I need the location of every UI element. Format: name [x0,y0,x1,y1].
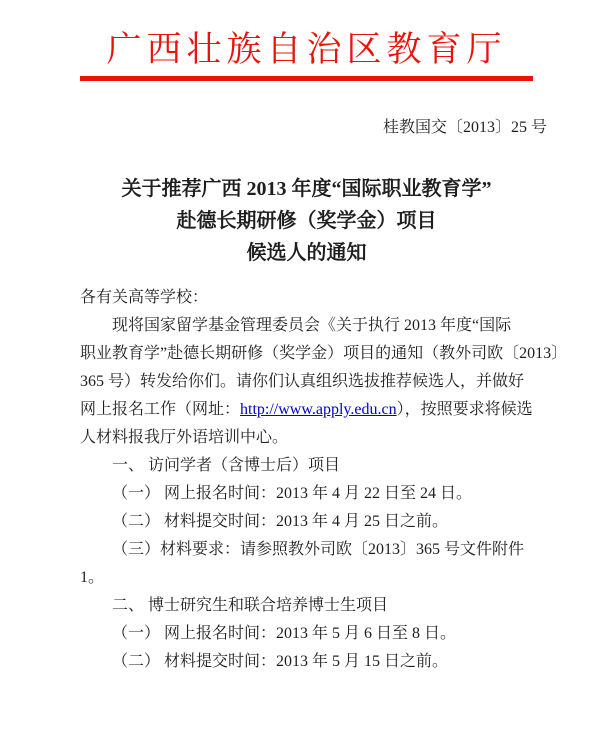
body-line: （二） 材料提交时间：2013 年 4 月 25 日之前。 [80,508,533,536]
body-text: （二） 材料提交时间：2013 年 5 月 15 日之前。 [112,653,448,670]
body-text: 网上报名工作（网址： [80,401,240,418]
body-text: （一） 网上报名时间：2013 年 4 月 22 日至 24 日。 [112,485,472,502]
body-line: 职业教育学”赴德长期研修（奖学金）项目的通知（教外司欧〔2013〕 [80,340,533,368]
agency-name: 广西壮族自治区教育厅 [106,30,506,69]
document-page: 广西壮族自治区教育厅 桂教国交〔2013〕25 号 关于推荐广西 2013 年度… [0,0,607,729]
body-line: 一、 访问学者（含博士后）项目 [80,452,533,480]
body-text: （三）材料要求：请参照教外司欧〔2013〕365 号文件附件 [112,541,524,558]
agency-header: 广西壮族自治区教育厅 [80,30,533,70]
title-line-3: 候选人的通知 [80,237,533,269]
body-text: 人材料报我厅外语培训中心。 [80,429,288,446]
body-line: （三）材料要求：请参照教外司欧〔2013〕365 号文件附件 [80,536,533,564]
body-text: 二、 博士研究生和联合培养博士生项目 [112,597,388,614]
body-line: 365 号）转发给你们。请你们认真组织选拔推荐候选人，并做好 [80,368,533,396]
body-line: 网上报名工作（网址：http://www.apply.edu.cn），按照要求将… [80,396,533,424]
body-text: 一、 访问学者（含博士后）项目 [112,457,340,474]
body-text: 职业教育学”赴德长期研修（奖学金）项目的通知（教外司欧〔2013〕 [80,345,567,362]
body-text: ），按照要求将候选 [397,401,533,418]
body-line: （一） 网上报名时间：2013 年 5 月 6 日至 8 日。 [80,620,533,648]
body-text: （二） 材料提交时间：2013 年 4 月 25 日之前。 [112,513,448,530]
red-divider [80,76,533,81]
apply-url-link[interactable]: http://www.apply.edu.cn [240,401,397,418]
body-line: 人材料报我厅外语培训中心。 [80,424,533,452]
body-line: 各有关高等学校： [80,284,533,312]
body-line: （一） 网上报名时间：2013 年 4 月 22 日至 24 日。 [80,480,533,508]
body-line: （二） 材料提交时间：2013 年 5 月 15 日之前。 [80,648,533,676]
body-line: 1。 [80,564,533,592]
body-line: 现将国家留学基金管理委员会《关于执行 2013 年度“国际 [80,312,533,340]
body-text: 1。 [80,569,104,586]
notice-body: 各有关高等学校：现将国家留学基金管理委员会《关于执行 2013 年度“国际职业教… [80,284,533,676]
doc-number: 桂教国交〔2013〕25 号 [80,117,547,139]
body-text: 365 号）转发给你们。请你们认真组织选拔推荐候选人，并做好 [80,373,524,390]
body-line: 二、 博士研究生和联合培养博士生项目 [80,592,533,620]
body-text: （一） 网上报名时间：2013 年 5 月 6 日至 8 日。 [112,625,456,642]
body-text: 现将国家留学基金管理委员会《关于执行 2013 年度“国际 [112,317,511,334]
title-line-2: 赴德长期研修（奖学金）项目 [80,205,533,237]
title-line-1: 关于推荐广西 2013 年度“国际职业教育学” [80,173,533,205]
notice-title: 关于推荐广西 2013 年度“国际职业教育学” 赴德长期研修（奖学金）项目 候选… [80,173,533,269]
body-text: 各有关高等学校： [80,289,208,306]
